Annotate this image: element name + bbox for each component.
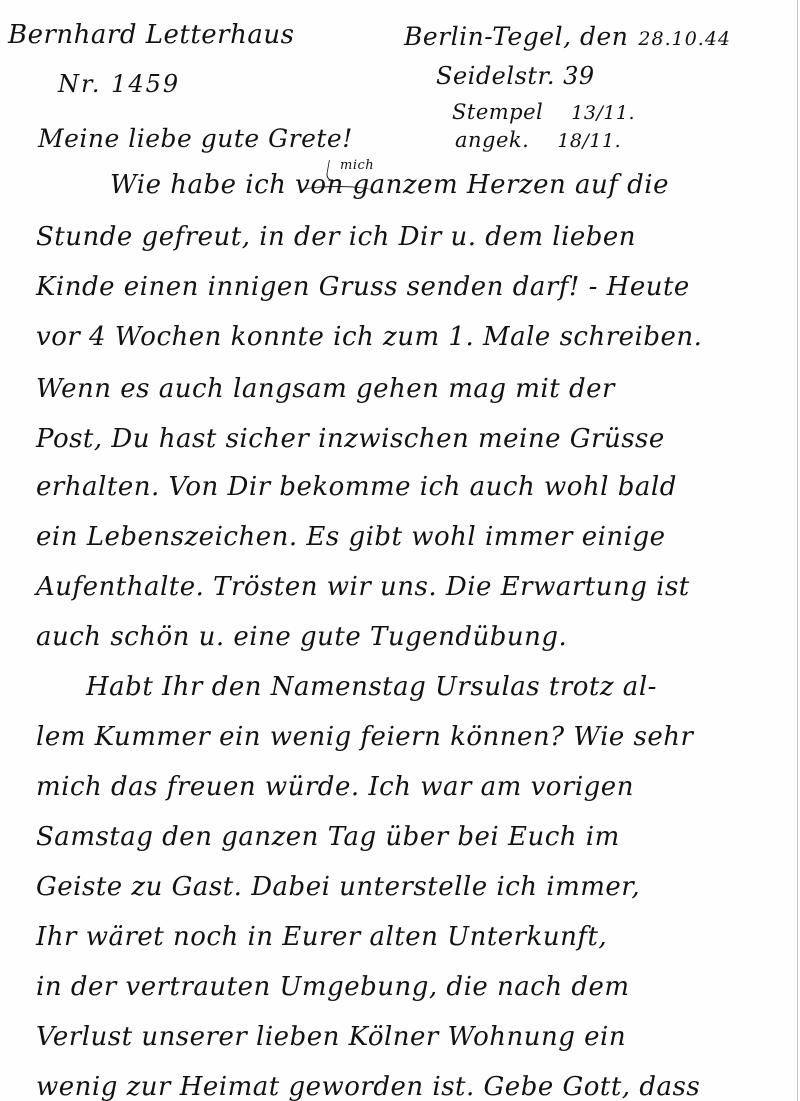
letter-line: Kinde einen innigen Gruss senden darf! -… [36,272,690,302]
letter-line: ein Lebenszeichen. Es gibt wohl immer ei… [36,522,665,552]
received-annotation: angek.18/11. [455,128,621,152]
page-edge-line [797,0,798,1101]
letter-line: Wenn es auch langsam gehen mag mit der [36,374,615,404]
letter-page: Bernhard Letterhaus Nr. 1459 Berlin-Tege… [0,0,800,1101]
letter-line: erhalten. Von Dir bekomme ich auch wohl … [36,472,677,502]
stamp-date: 13/11. [571,102,635,124]
received-date: 18/11. [557,130,621,152]
letter-line: auch schön u. eine gute Tugendübung. [36,622,567,652]
letter-line: Verlust unserer lieben Kölner Wohnung ei… [36,1022,626,1052]
letter-line: in der vertrauten Umgebung, die nach dem [36,972,630,1002]
salutation: Meine liebe gute Grete! [38,124,353,153]
letter-line: Ihr wäret noch in Eurer alten Unterkunft… [36,922,607,952]
letter-line: Geiste zu Gast. Dabei unterstelle ich im… [36,872,640,902]
letter-line: Habt Ihr den Namenstag Ursulas trotz al- [86,672,657,702]
letter-line: Aufenthalte. Trösten wir uns. Die Erwart… [36,572,690,602]
letter-line: wenig zur Heimat geworden ist. Gebe Gott… [36,1072,700,1101]
street-address: Seidelstr. 39 [436,62,595,90]
stamp-label: Stempel [452,100,543,124]
letter-line: Stunde gefreut, in der ich Dir u. dem li… [36,222,636,252]
letter-line: mich das freuen würde. Ich war am vorige… [36,772,634,802]
place-date: Berlin-Tegel, den28.10.44 [404,22,731,51]
received-label: angek. [455,128,529,152]
sender-name: Bernhard Letterhaus [8,20,294,50]
letter-date: 28.10.44 [638,28,731,50]
letter-line: Samstag den ganzen Tag über bei Euch im [36,822,620,852]
letter-line: lem Kummer ein wenig feiern können? Wie … [36,722,693,752]
letter-line: Post, Du hast sicher inzwischen meine Gr… [36,424,665,454]
sender-number: Nr. 1459 [58,70,180,98]
stamp-annotation: Stempel13/11. [452,100,635,124]
letter-line: vor 4 Wochen konnte ich zum 1. Male schr… [36,322,702,352]
place: Berlin-Tegel, den [404,22,628,51]
letter-line: Wie habe ich von ganzem Herzen auf die [110,170,669,200]
